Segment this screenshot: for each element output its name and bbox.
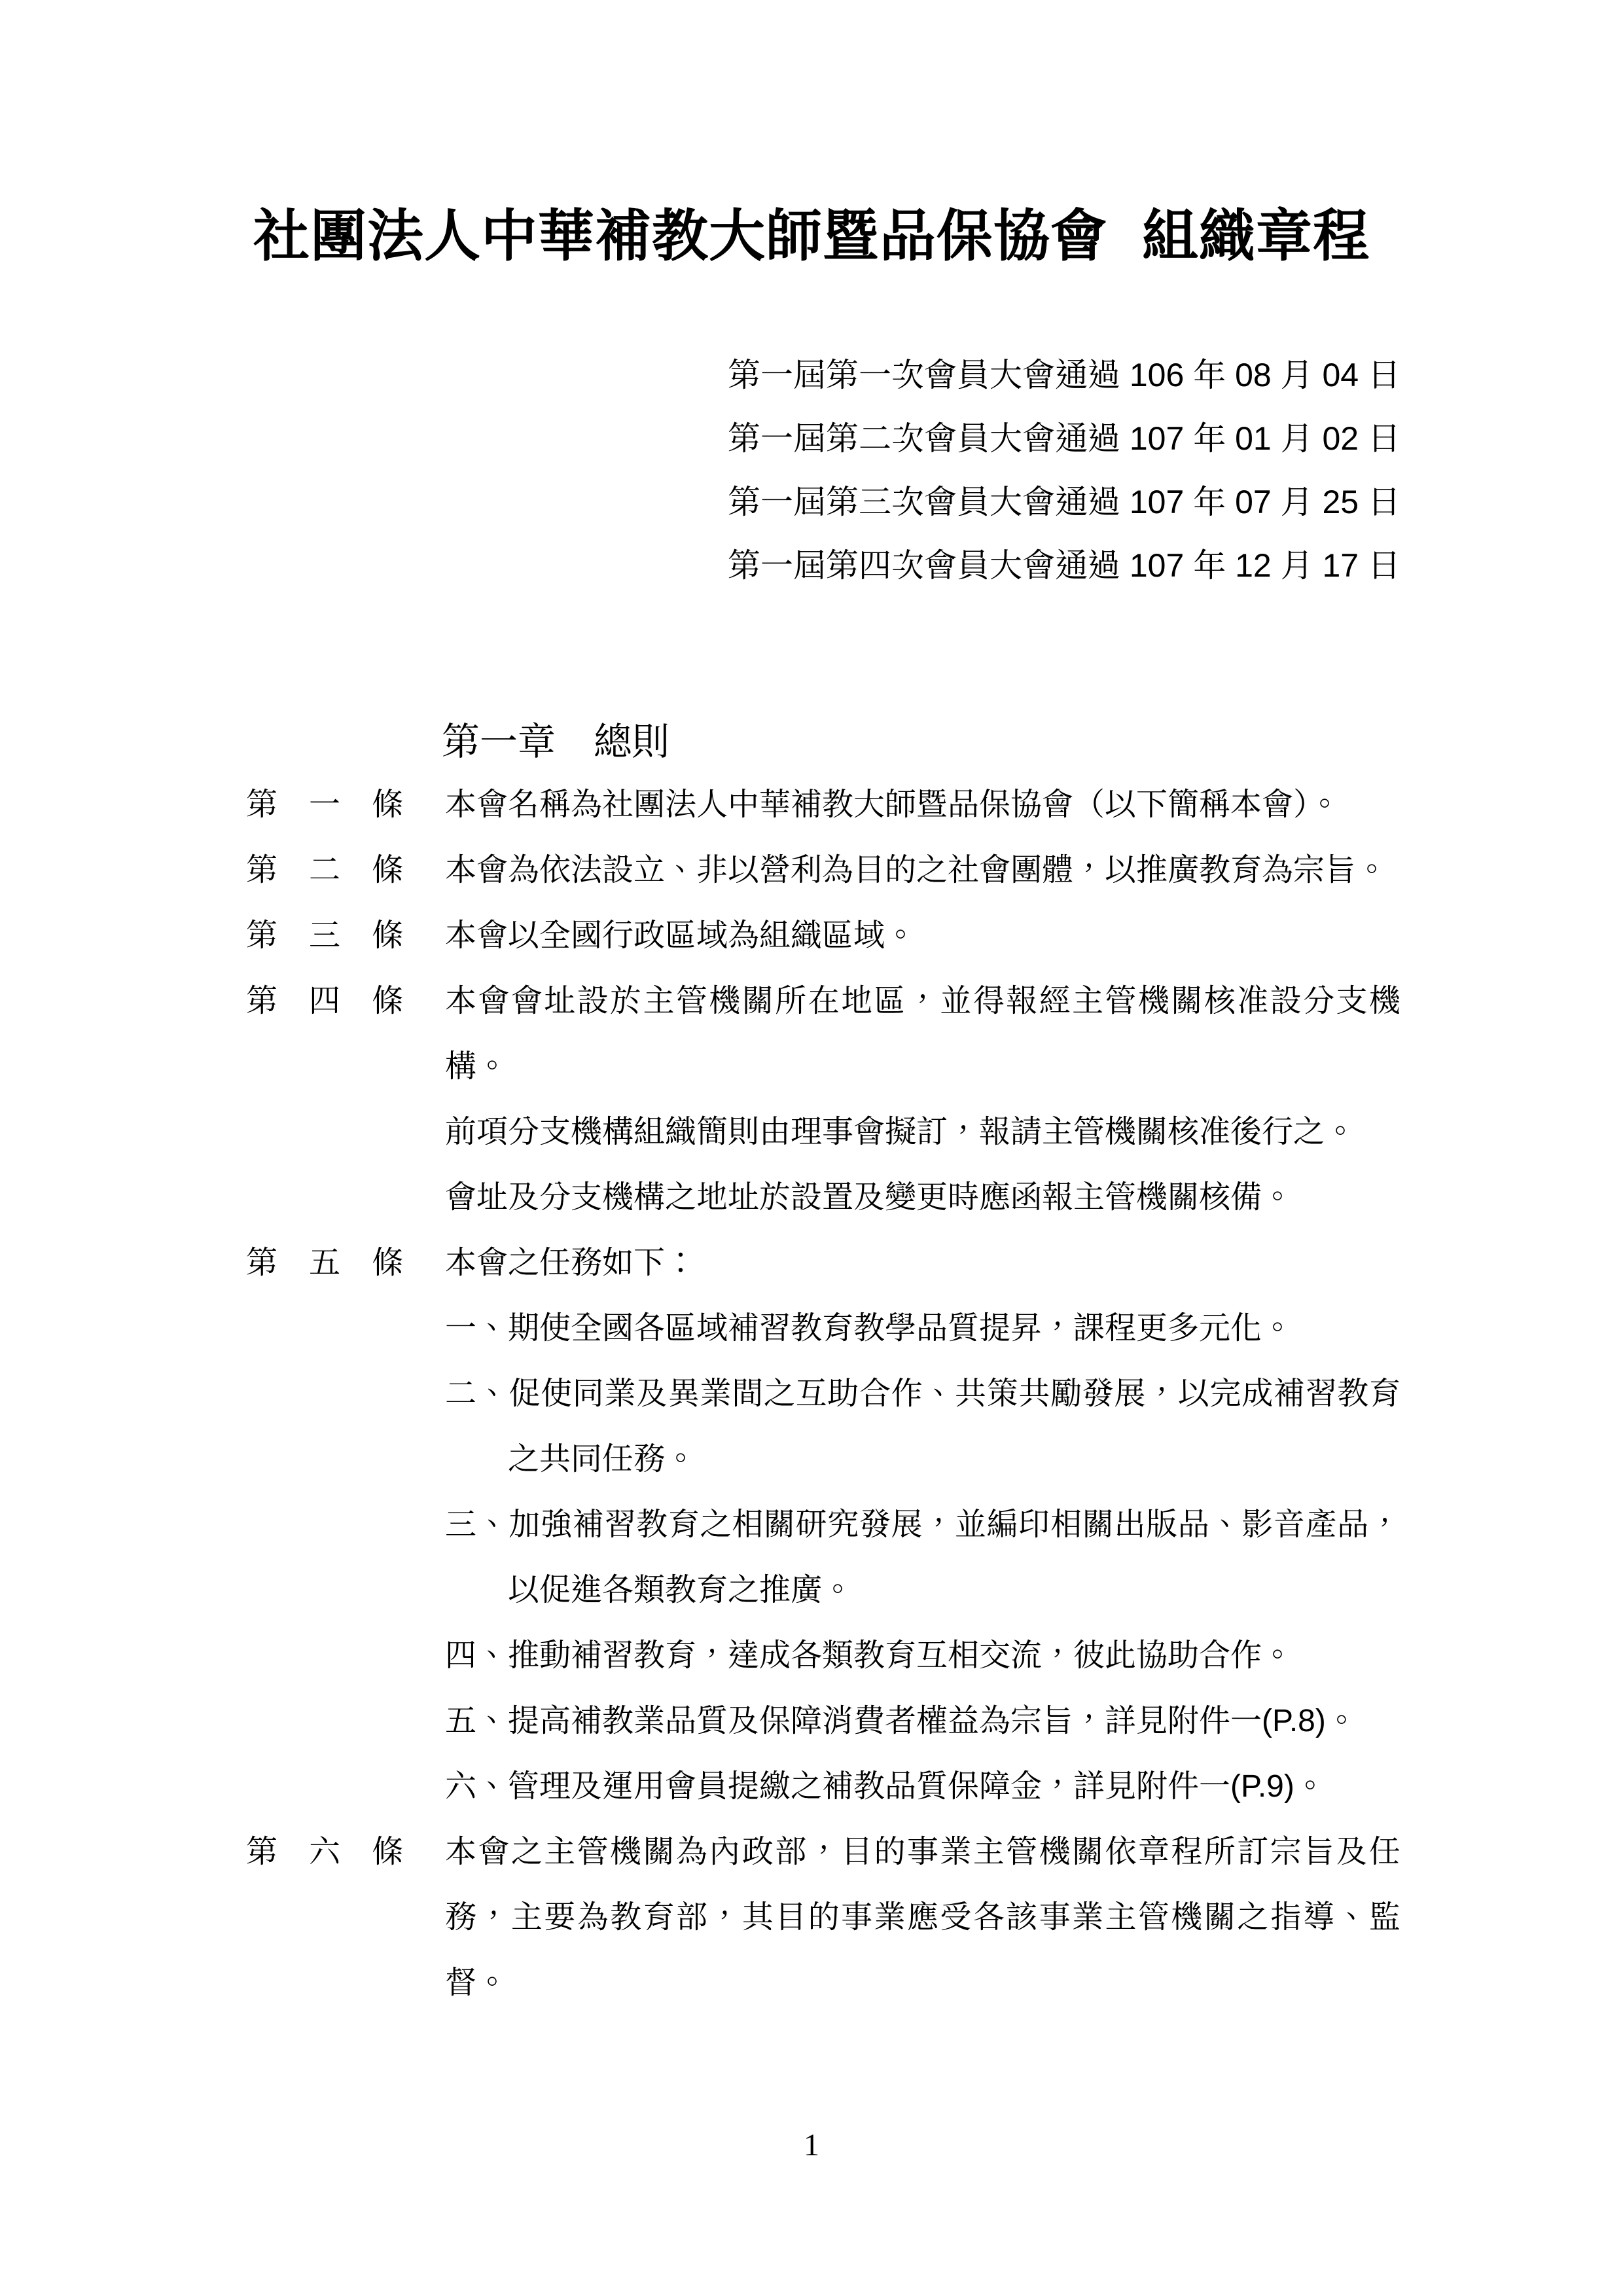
article-row-4: 第 四 條 本會會址設於主管機關所在地區，並得報經主管機關核准設分支機構。 前項… [223, 969, 1400, 1230]
article-paragraph: 前項分支機構組織簡則由理事會擬訂，報請主管機關核准後行之。 [445, 1100, 1400, 1165]
article-label: 第 三 條 [223, 903, 445, 969]
article-label: 第 六 條 [223, 1820, 445, 1885]
task-list-item: 六、管理及運用會員提繳之補教品質保障金，詳見附件一(P.9)。 [445, 1754, 1400, 1820]
adoption-date-line: 第一屆第二次會員大會通過 107 年 01 月 02 日 [223, 407, 1400, 471]
document-title: 社團法人中華補教大師暨品保協會 組織章程 [223, 203, 1400, 270]
adoption-date-line: 第一屆第一次會員大會通過 106 年 08 月 04 日 [223, 344, 1400, 407]
article-row-1: 第 一 條 本會名稱為社團法人中華補教大師暨品保協會（以下簡稱本會）。 [223, 772, 1400, 838]
task-list-item: 五、提高補教業品質及保障消費者權益為宗旨，詳見附件一(P.8)。 [445, 1689, 1400, 1754]
article-body: 本會為依法設立、非以營利為目的之社會團體，以推廣教育為宗旨。 [445, 838, 1400, 903]
article-row-3: 第 三 條 本會以全國行政區域為組織區域。 [223, 903, 1400, 969]
article-body: 本會之任務如下： 一、期使全國各區域補習教育教學品質提昇，課程更多元化。 二、促… [445, 1230, 1400, 1820]
article-body: 本會會址設於主管機關所在地區，並得報經主管機關核准設分支機構。 前項分支機構組織… [445, 969, 1400, 1230]
article-row-2: 第 二 條 本會為依法設立、非以營利為目的之社會團體，以推廣教育為宗旨。 [223, 838, 1400, 903]
article-paragraph: 會址及分支機構之地址於設置及變更時應函報主管機關核備。 [445, 1165, 1400, 1230]
article-body: 本會以全國行政區域為組織區域。 [445, 903, 1400, 969]
article-paragraph: 本會之任務如下： [445, 1230, 1400, 1296]
article-paragraph: 本會為依法設立、非以營利為目的之社會團體，以推廣教育為宗旨。 [445, 838, 1400, 903]
adoption-dates-block: 第一屆第一次會員大會通過 106 年 08 月 04 日 第一屆第二次會員大會通… [223, 344, 1400, 598]
article-paragraph: 本會會址設於主管機關所在地區，並得報經主管機關核准設分支機構。 [445, 969, 1400, 1100]
article-paragraph: 本會之主管機關為內政部，目的事業主管機關依章程所訂宗旨及任務，主要為教育部，其目… [445, 1820, 1400, 2016]
article-paragraph: 本會名稱為社團法人中華補教大師暨品保協會（以下簡稱本會）。 [445, 772, 1400, 838]
document-page: 社團法人中華補教大師暨品保協會 組織章程 第一屆第一次會員大會通過 106 年 … [0, 0, 1623, 2296]
article-body: 本會名稱為社團法人中華補教大師暨品保協會（以下簡稱本會）。 [445, 772, 1400, 838]
article-row-6: 第 六 條 本會之主管機關為內政部，目的事業主管機關依章程所訂宗旨及任務，主要為… [223, 1820, 1400, 2016]
article-row-5: 第 五 條 本會之任務如下： 一、期使全國各區域補習教育教學品質提昇，課程更多元… [223, 1230, 1400, 1820]
task-list-item: 一、期使全國各區域補習教育教學品質提昇，課程更多元化。 [445, 1296, 1400, 1361]
task-list-item: 四、推動補習教育，達成各類教育互相交流，彼此協助合作。 [445, 1623, 1400, 1689]
article-label: 第 四 條 [223, 969, 445, 1034]
articles-section: 第 一 條 本會名稱為社團法人中華補教大師暨品保協會（以下簡稱本會）。 第 二 … [223, 772, 1400, 2016]
adoption-date-line: 第一屆第三次會員大會通過 107 年 07 月 25 日 [223, 471, 1400, 534]
article-paragraph: 本會以全國行政區域為組織區域。 [445, 903, 1400, 969]
article-label: 第 二 條 [223, 838, 445, 903]
task-list-item: 三、加強補習教育之相關研究發展，並編印相關出版品、影音產品，以促進各類教育之推廣… [445, 1492, 1400, 1623]
adoption-date-line: 第一屆第四次會員大會通過 107 年 12 月 17 日 [223, 534, 1400, 598]
article-body: 本會之主管機關為內政部，目的事業主管機關依章程所訂宗旨及任務，主要為教育部，其目… [445, 1820, 1400, 2016]
article-label: 第 五 條 [223, 1230, 445, 1296]
page-number: 1 [0, 2130, 1623, 2161]
chapter-heading: 第一章 總則 [442, 719, 1400, 766]
task-list-item: 二、促使同業及異業間之互助合作、共策共勵發展，以完成補習教育之共同任務。 [445, 1361, 1400, 1492]
article-label: 第 一 條 [223, 772, 445, 838]
